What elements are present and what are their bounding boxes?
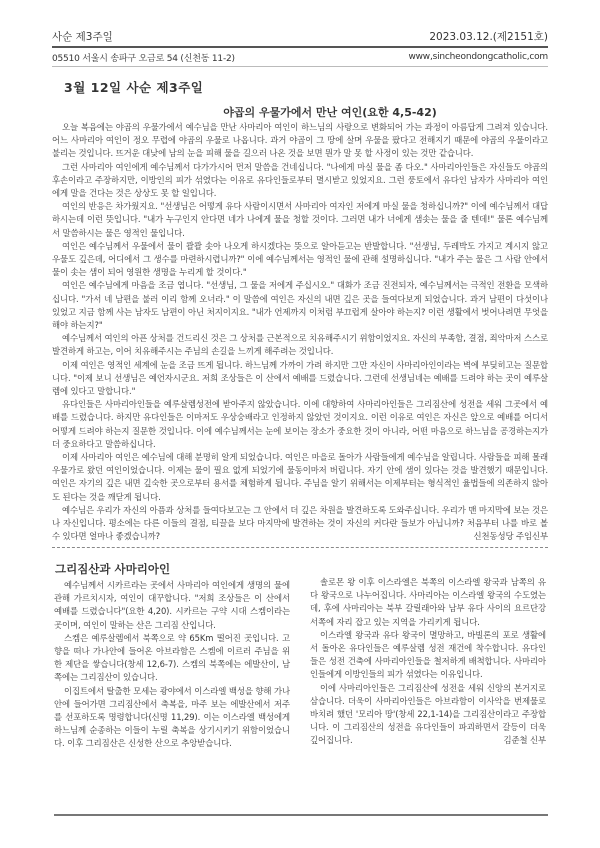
article-body: 오늘 복음에는 야곱의 우물가에서 예수님을 만난 사마리아 여인이 하느님의 … [52, 121, 548, 544]
paragraph: 스켐은 예루살렘에서 북쪽으로 약 65Km 떨어진 곳입니다. 고향을 떠나 … [54, 632, 290, 685]
left-column: 예수님께서 시카르라는 곳에서 사마리아 여인에게 생명의 물에 관해 가르치시… [54, 579, 290, 751]
address-bar: 05510 서울시 송파구 오금로 54 (신천동 11-2) www,sinc… [52, 50, 548, 64]
paragraph-last: 이에 사마리아인들은 그리짐산에 성전을 세워 신앙의 본거지로 삼습니다. 더… [310, 682, 546, 748]
paragraph: 이제 여인은 영적인 세계에 눈을 조금 뜨게 됩니다. 하느님께 가까이 가려… [52, 359, 548, 399]
address: 05510 서울시 송파구 오금로 54 (신천동 11-2) [52, 51, 235, 64]
section-title: 그리짐산과 사마리아인 [55, 561, 170, 577]
paragraph: 솔로몬 왕 이후 이스라엘은 북쪽의 이스라엘 왕국과 남쪽의 유다 왕국으로 … [310, 576, 546, 629]
article-signature: 신천동성당 주임신부 [464, 530, 548, 543]
masthead: 사순 제3주일 2023.03.12.(제2151호) [52, 28, 548, 44]
paragraph: 예수님께서 시카르라는 곳에서 사마리아 여인에게 생명의 물에 관해 가르치시… [54, 579, 290, 632]
right-column: 솔로몬 왕 이후 이스라엘은 북쪽의 이스라엘 왕국과 남쪽의 유다 왕국으로 … [310, 576, 546, 748]
masthead-rule [52, 46, 548, 48]
season-label: 사순 제3주일 [52, 29, 113, 44]
paragraph: 유다인들은 사마리아인들을 예루살렘성전에 받아주지 않았습니다. 이에 대항하… [52, 398, 548, 451]
paragraph: 예수님께서 여인의 아픈 상처를 건드리신 것은 그 상처를 근본적으로 치유해… [52, 332, 548, 358]
paragraph: 이스라엘 왕국과 유다 왕국이 멸망하고, 바빌론의 포로 생활에서 돌아온 유… [310, 629, 546, 682]
footer-rule [54, 814, 548, 816]
paragraph: 그런 사마리아 여인에게 예수님께서 다가가시어 먼저 말씀을 건네십니다. "… [52, 161, 548, 201]
issue-label: 2023.03.12.(제2151호) [429, 29, 548, 44]
paragraph-last: 예수님은 우리가 자신의 아픔과 상처를 들여다보고는 그 안에서 더 깊은 차… [52, 504, 548, 544]
paragraph: 여인의 반응은 차가웠지요. "선생님은 어떻게 유다 사람이시면서 사마리아 … [52, 200, 548, 240]
paragraph: 이제 사마리아 여인은 예수님에 대해 분명히 알게 되었습니다. 여인은 마을… [52, 451, 548, 504]
website-link[interactable]: www,sincheondongcatholic,com [408, 52, 548, 62]
paragraph: 이집트에서 탈출한 모세는 광야에서 이스라엘 백성을 향해 가나안에 들어가면… [54, 685, 290, 751]
paragraph: 오늘 복음에는 야곱의 우물가에서 예수님을 만난 사마리아 여인이 하느님의 … [52, 121, 548, 161]
date-title: 3월 12일 사순 제3주일 [64, 78, 203, 96]
address-rule [52, 66, 548, 67]
article-title: 야곱의 우물가에서 만난 여인(요한 4,5-42) [52, 104, 548, 120]
dashed-divider [52, 547, 548, 548]
paragraph: 여인은 예수님에게 마음을 조금 엽니다. "선생님, 그 물을 저에게 주십시… [52, 279, 548, 332]
paragraph: 여인은 예수님께서 우물에서 물이 콸콸 솟아 나오게 하시겠다는 뜻으로 알아… [52, 240, 548, 280]
section-signature: 김준철 신부 [493, 734, 546, 747]
